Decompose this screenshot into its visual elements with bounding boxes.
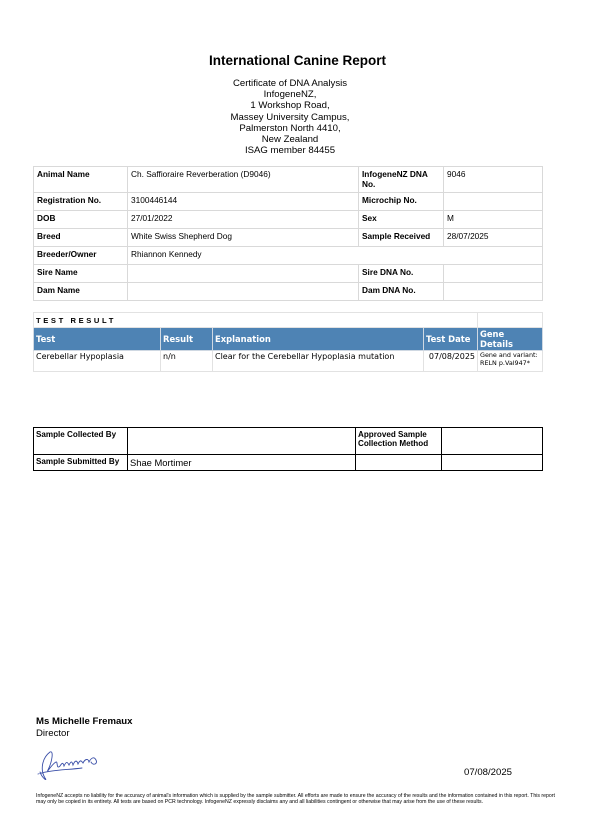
test-result-value: n/n (161, 351, 213, 372)
breeder-label: Breeder/Owner (34, 247, 128, 265)
collected-by-label: Sample Collected By (34, 428, 128, 455)
table-row: DOB 27/01/2022 Sex M (34, 211, 543, 229)
section-title-row: TEST RESULT (34, 313, 543, 328)
gene-details-line: RELN p.Val947* (480, 360, 540, 368)
approved-method-label: Approved Sample Collection Method (356, 428, 442, 455)
sex-value: M (444, 211, 543, 229)
dna-no-value: 9046 (444, 167, 543, 193)
signatory-role: Director (36, 728, 133, 740)
sample-received-value: 28/07/2025 (444, 229, 543, 247)
dna-no-label: InfogeneNZ DNA No. (359, 167, 444, 193)
address-line: ISAG member 84455 (0, 145, 580, 156)
dam-dna-label: Dam DNA No. (359, 283, 444, 301)
signatory-name: Ms Michelle Fremaux (36, 716, 133, 728)
registration-value: 3100446144 (128, 193, 359, 211)
table-row: Breeder/Owner Rhiannon Kennedy (34, 247, 543, 265)
animal-name-value: Ch. Saffioraire Reverberation (D9046) (128, 167, 359, 193)
address-line: Massey University Campus, (0, 112, 580, 123)
address-line: 1 Workshop Road, (0, 100, 580, 111)
table-row: Dam Name Dam DNA No. (34, 283, 543, 301)
sire-name-label: Sire Name (34, 265, 128, 283)
breed-value: White Swiss Shepherd Dog (128, 229, 359, 247)
sire-dna-value (444, 265, 543, 283)
table-row: Cerebellar Hypoplasia n/n Clear for the … (34, 351, 543, 372)
column-header-test-date: Test Date (424, 328, 478, 351)
microchip-label: Microchip No. (359, 193, 444, 211)
table-row: Sample Submitted By Shae Mortimer (34, 455, 543, 471)
breed-label: Breed (34, 229, 128, 247)
collected-by-value (128, 428, 356, 455)
table-row: Breed White Swiss Shepherd Dog Sample Re… (34, 229, 543, 247)
test-result-table: TEST RESULT Test Result Explanation Test… (33, 312, 543, 372)
microchip-value (444, 193, 543, 211)
signature-icon (36, 748, 102, 787)
table-header-row: Test Result Explanation Test Date Gene D… (34, 328, 543, 351)
dam-name-label: Dam Name (34, 283, 128, 301)
registration-label: Registration No. (34, 193, 128, 211)
table-row: Registration No. 3100446144 Microchip No… (34, 193, 543, 211)
table-row: Sample Collected By Approved Sample Coll… (34, 428, 543, 455)
column-header-gene-details: Gene Details (478, 328, 543, 351)
sire-dna-label: Sire DNA No. (359, 265, 444, 283)
empty-cell (442, 455, 543, 471)
submitted-by-label: Sample Submitted By (34, 455, 128, 471)
approved-method-value (442, 428, 543, 455)
empty-cell (356, 455, 442, 471)
column-header-explanation: Explanation (213, 328, 424, 351)
breeder-value: Rhiannon Kennedy (128, 247, 543, 265)
animal-name-label: Animal Name (34, 167, 128, 193)
test-explanation: Clear for the Cerebellar Hypoplasia muta… (213, 351, 424, 372)
dob-value: 27/01/2022 (128, 211, 359, 229)
column-header-test: Test (34, 328, 161, 351)
sire-name-value (128, 265, 359, 283)
signatory: Ms Michelle Fremaux Director (36, 716, 133, 739)
address-line: InfogeneNZ, (0, 89, 580, 100)
gene-details: Gene and variant: RELN p.Val947* (478, 351, 543, 372)
report-title: International Canine Report (0, 53, 595, 68)
address-line: Palmerston North 4410, (0, 123, 580, 134)
table-row: Animal Name Ch. Saffioraire Reverberatio… (34, 167, 543, 193)
table-row: Sire Name Sire DNA No. (34, 265, 543, 283)
address-line: Certificate of DNA Analysis (0, 78, 580, 89)
dam-dna-value (444, 283, 543, 301)
animal-info-table: Animal Name Ch. Saffioraire Reverberatio… (33, 166, 543, 301)
column-header-result: Result (161, 328, 213, 351)
empty-cell (478, 313, 543, 328)
dob-label: DOB (34, 211, 128, 229)
test-date: 07/08/2025 (424, 351, 478, 372)
test-result-heading: TEST RESULT (34, 313, 478, 328)
sample-table: Sample Collected By Approved Sample Coll… (33, 427, 543, 471)
address-line: New Zealand (0, 134, 580, 145)
lab-address: Certificate of DNA Analysis InfogeneNZ, … (0, 78, 580, 156)
dam-name-value (128, 283, 359, 301)
test-name: Cerebellar Hypoplasia (34, 351, 161, 372)
signature-date: 07/08/2025 (464, 767, 512, 778)
sample-received-label: Sample Received (359, 229, 444, 247)
sex-label: Sex (359, 211, 444, 229)
disclaimer-text: InfogeneNZ accepts no liability for the … (36, 793, 556, 805)
submitted-by-value: Shae Mortimer (128, 455, 356, 471)
